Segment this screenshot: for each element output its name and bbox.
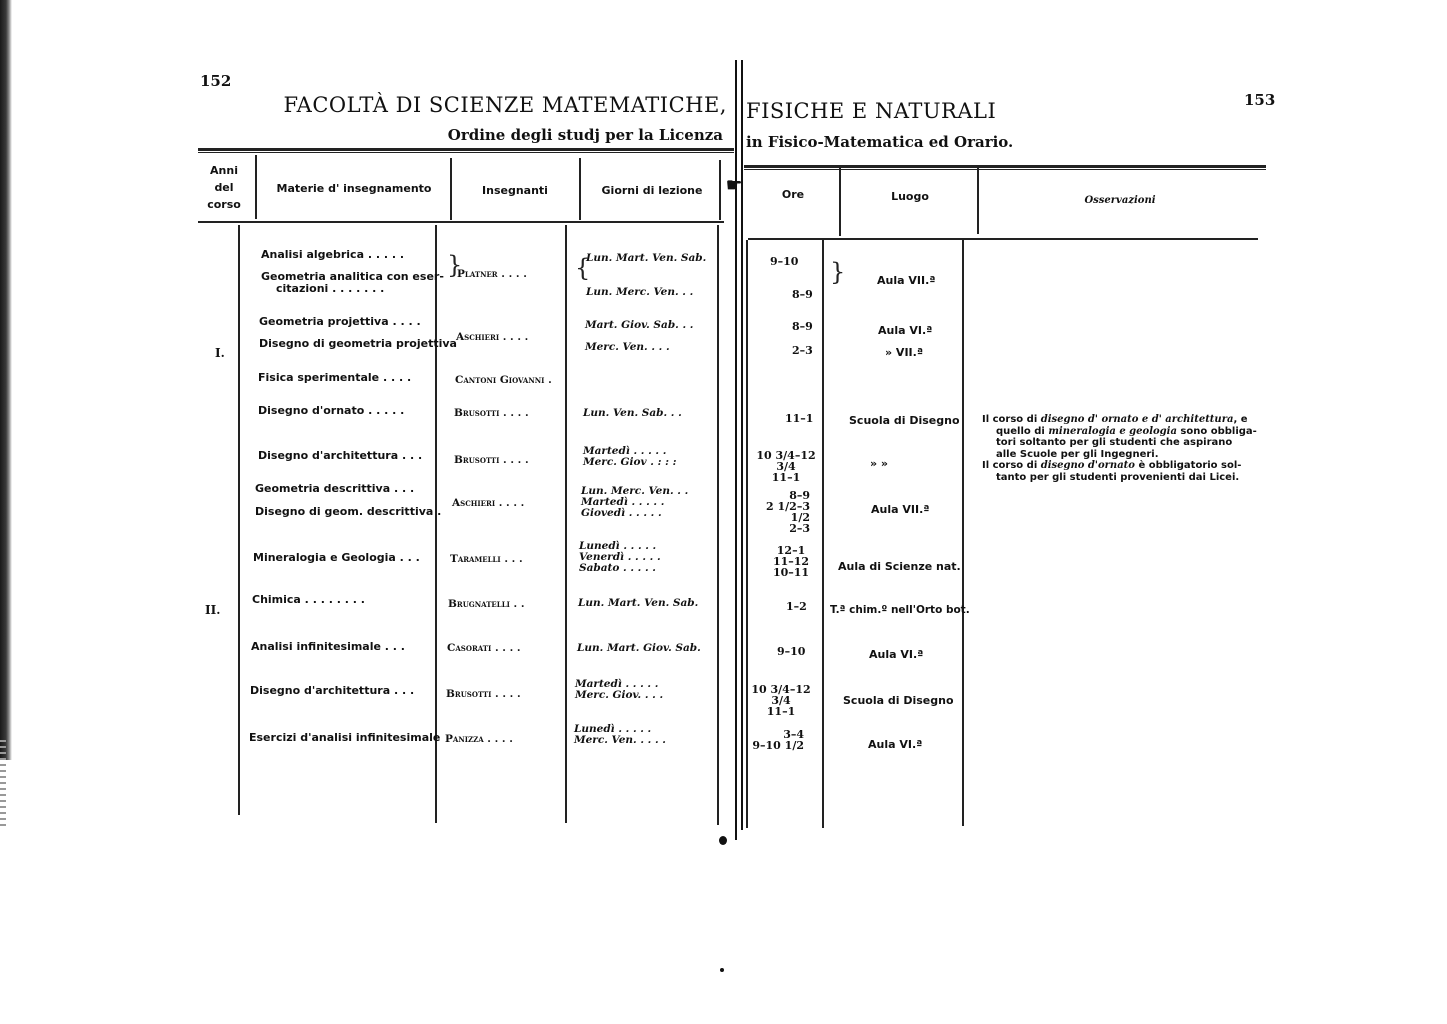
ore-row-0: 9–10 (770, 256, 798, 267)
giorni-row-13: Lunedì . . . . . Merc. Ven. . . . . (574, 724, 666, 746)
ore-row-6-b: 11–1 (750, 472, 822, 483)
year-label-1: I. (215, 346, 225, 360)
title-right: FISICHE E NATURALI (746, 99, 996, 123)
luogo-row-2: Aula VI.ª (878, 324, 932, 337)
gutter-mark (719, 836, 727, 845)
obs-line-2: quello di mineralogia e geologia sono ob… (982, 426, 1262, 438)
luogo-row-3: » VII.ª (885, 346, 923, 359)
ore-row-3: 2–3 (792, 345, 813, 356)
body-vr-ore (822, 240, 824, 828)
obs-line-1: Il corso di disegno d' ornato e d' archi… (982, 414, 1262, 426)
materia-geometria-descrittiva: Geometria descrittiva . . . (255, 482, 414, 495)
giorni-row-0: Lun. Mart. Ven. Sab. (586, 252, 706, 264)
materia-disegno-geometria-projettiva: Disegno di geometria projettiva (259, 337, 457, 350)
scan-speck (720, 968, 724, 972)
obs-line-4: alle Scuole per gli Ingegneri. (982, 449, 1262, 461)
materia-geometria-analitica-cont: citazioni . . . . . . . (276, 282, 384, 295)
insegnante-brusotti: Brusotti . . . . (454, 454, 529, 466)
hdr-vr-6 (977, 168, 979, 234)
header-rule-left (198, 221, 724, 223)
hdr-vr-2 (450, 158, 452, 220)
ore-row-12: 10 3/4–12 3/4 11–1 (744, 684, 818, 717)
body-vr-anni (238, 225, 240, 815)
obs-line-5: Il corso di disegno d'ornato è obbligato… (982, 460, 1262, 472)
luogo-row-13: Aula VI.ª (868, 738, 922, 751)
subtitle-left: Ordine degli studj per la Licenza (448, 126, 723, 144)
materia-analisi-algebrica: Analisi algebrica . . . . . (261, 248, 404, 261)
materia-disegno-architettura-1: Disegno d'architettura . . . (258, 449, 422, 462)
luogo-row-5: Scuola di Disegno (849, 414, 960, 427)
hand-pointer-icon: ☛ (726, 175, 742, 196)
title-left: FACOLTÀ DI SCIENZE MATEMATICHE, (283, 93, 727, 117)
insegnante-brusotti: Brusotti . . . . (454, 407, 529, 419)
giorni-row-5: Lun. Ven. Sab. . . (583, 407, 682, 419)
brace-icon: { (575, 256, 590, 280)
ore-row-9: 12–1 11–12 10–11 (770, 545, 812, 578)
ore-row-11: 9–10 (777, 646, 805, 657)
giorni-row-2: Mart. Giov. Sab. . . (585, 319, 693, 331)
brace-icon: } (830, 260, 845, 284)
materia-chimica: Chimica . . . . . . . . (252, 593, 365, 606)
ore-row-12-a: 10 3/4–12 3/4 (744, 684, 818, 706)
body-vr-giorni (717, 225, 719, 825)
insegnante-panizza: Panizza . . . . (445, 733, 513, 745)
giorni-row-9-c: Sabato . . . . . (579, 563, 661, 574)
ore-row-2: 8–9 (792, 321, 813, 332)
ore-row-10: 1–2 (786, 601, 807, 612)
hdr-vr-3 (579, 158, 581, 220)
giorni-row-3: Merc. Ven. . . . (585, 341, 670, 353)
ore-row-13-b: 9–10 1/2 (752, 740, 804, 751)
ore-row-7-c: 2–3 (748, 523, 810, 534)
page-number-right: 153 (1244, 91, 1275, 109)
body-vr-insegnanti (565, 225, 567, 823)
col-header-luogo: Luogo (842, 190, 978, 203)
insegnante-platner: Platner . . . . (457, 268, 527, 280)
header-rule-right (748, 238, 1258, 240)
col-header-osservazioni: Osservazioni (980, 195, 1260, 206)
col-header-anni-2: del (200, 179, 248, 196)
insegnante-taramelli: Taramelli . . . (450, 553, 523, 565)
top-rule-right-thin (744, 169, 1266, 170)
giorni-row-9: Lunedì . . . . . Venerdì . . . . . Sabat… (579, 541, 661, 574)
hdr-vr-4 (719, 160, 721, 220)
ore-row-7: 8–9 2 1/2–3 1/2 2–3 (748, 490, 810, 534)
insegnante-aschieri: Aschieri . . . . (456, 331, 528, 343)
ore-row-7-b: 2 1/2–3 1/2 (748, 501, 810, 523)
insegnante-aschieri: Aschieri . . . . (452, 497, 524, 509)
body-vr-ore-left (746, 240, 748, 828)
page-number-left: 152 (200, 72, 231, 90)
giorni-row-7-c: Giovedì . . . . . (581, 508, 688, 519)
giorni-row-7: Lun. Merc. Ven. . . Martedì . . . . . Gi… (581, 486, 688, 519)
top-rule-right (744, 165, 1266, 168)
materia-disegno-architettura-2: Disegno d'architettura . . . (250, 684, 414, 697)
luogo-row-9: Aula di Scienze nat. (838, 560, 961, 573)
materia-geometria-projettiva: Geometria projettiva . . . . (259, 315, 421, 328)
col-header-anni-3: corso (200, 196, 248, 213)
materia-analisi-infinitesimale: Analisi infinitesimale . . . (251, 640, 405, 653)
scan-edge-noise (0, 740, 6, 830)
giorni-row-6: Martedì . . . . . Merc. Giov . : : : (583, 446, 677, 468)
ore-row-5: 11–1 (785, 413, 813, 424)
top-rule-left-thin (198, 152, 734, 153)
col-header-ore: Ore (750, 188, 836, 201)
materia-esercizi-analisi: Esercizi d'analisi infinitesimale (249, 731, 440, 744)
top-rule-left (198, 148, 734, 151)
ore-row-1: 8–9 (792, 289, 813, 300)
luogo-row-11: Aula VI.ª (869, 648, 923, 661)
giorni-row-6-b: Merc. Giov . : : : (583, 457, 677, 468)
brace-icon: } (447, 253, 462, 277)
obs-line-3: tori soltanto per gli studenti che aspir… (982, 437, 1262, 449)
materia-fisica-sperimentale: Fisica sperimentale . . . . (258, 371, 411, 384)
insegnante-casorati: Casorati . . . . (447, 642, 521, 654)
insegnante-brusotti: Brusotti . . . . (446, 688, 521, 700)
giorni-row-12-b: Merc. Giov. . . . (575, 690, 663, 701)
luogo-row-10: T.ª chim.º nell'Orto bot. (830, 604, 970, 616)
giorni-row-13-b: Merc. Ven. . . . . (574, 735, 666, 746)
materia-mineralogia-geologia: Mineralogia e Geologia . . . (253, 551, 420, 564)
subtitle-right: in Fisico-Matematica ed Orario. (746, 133, 1013, 151)
materia-disegno-geom-descrittiva: Disegno di geom. descrittiva . (255, 505, 441, 518)
giorni-row-10: Lun. Mart. Ven. Sab. (578, 597, 698, 609)
ore-row-9-c: 10–11 (770, 567, 812, 578)
giorni-row-11: Lun. Mart. Giov. Sab. (577, 642, 701, 654)
luogo-row-0: Aula VII.ª (877, 274, 935, 287)
osservazioni-note: Il corso di disegno d' ornato e d' archi… (982, 414, 1262, 483)
insegnante-cantoni-giovanni: Cantoni Giovanni . (455, 374, 552, 386)
materia-disegno-ornato: Disegno d'ornato . . . . . (258, 404, 404, 417)
ore-row-12-b: 11–1 (744, 706, 818, 717)
year-label-2: II. (205, 603, 220, 617)
body-vr-luogo (962, 240, 964, 826)
luogo-row-12: Scuola di Disegno (843, 694, 954, 707)
insegnante-brugnatelli: Brugnatelli . . (448, 598, 525, 610)
col-header-giorni: Giorni di lezione (582, 184, 722, 197)
hdr-vr-5 (839, 168, 841, 236)
col-header-anni-1: Anni (200, 162, 248, 179)
ore-row-13: 3–4 9–10 1/2 (752, 729, 804, 751)
luogo-row-6: » » (870, 457, 888, 470)
scan-edge-shadow (0, 0, 12, 760)
ore-row-6-a: 10 3/4–12 3/4 (750, 450, 822, 472)
obs-line-6: tanto per gli studenti provenienti dai L… (982, 472, 1262, 484)
luogo-row-7: Aula VII.ª (871, 503, 929, 516)
giorni-row-1: Lun. Merc. Ven. . . (586, 286, 693, 298)
col-header-insegnanti: Insegnanti (452, 184, 578, 197)
col-header-materie: Materie d' insegnamento (258, 182, 450, 195)
giorni-row-12: Martedì . . . . . Merc. Giov. . . . (575, 679, 663, 701)
hdr-vr-1 (255, 155, 257, 219)
col-header-anni: Anni del corso (200, 162, 248, 213)
ore-row-6: 10 3/4–12 3/4 11–1 (750, 450, 822, 483)
